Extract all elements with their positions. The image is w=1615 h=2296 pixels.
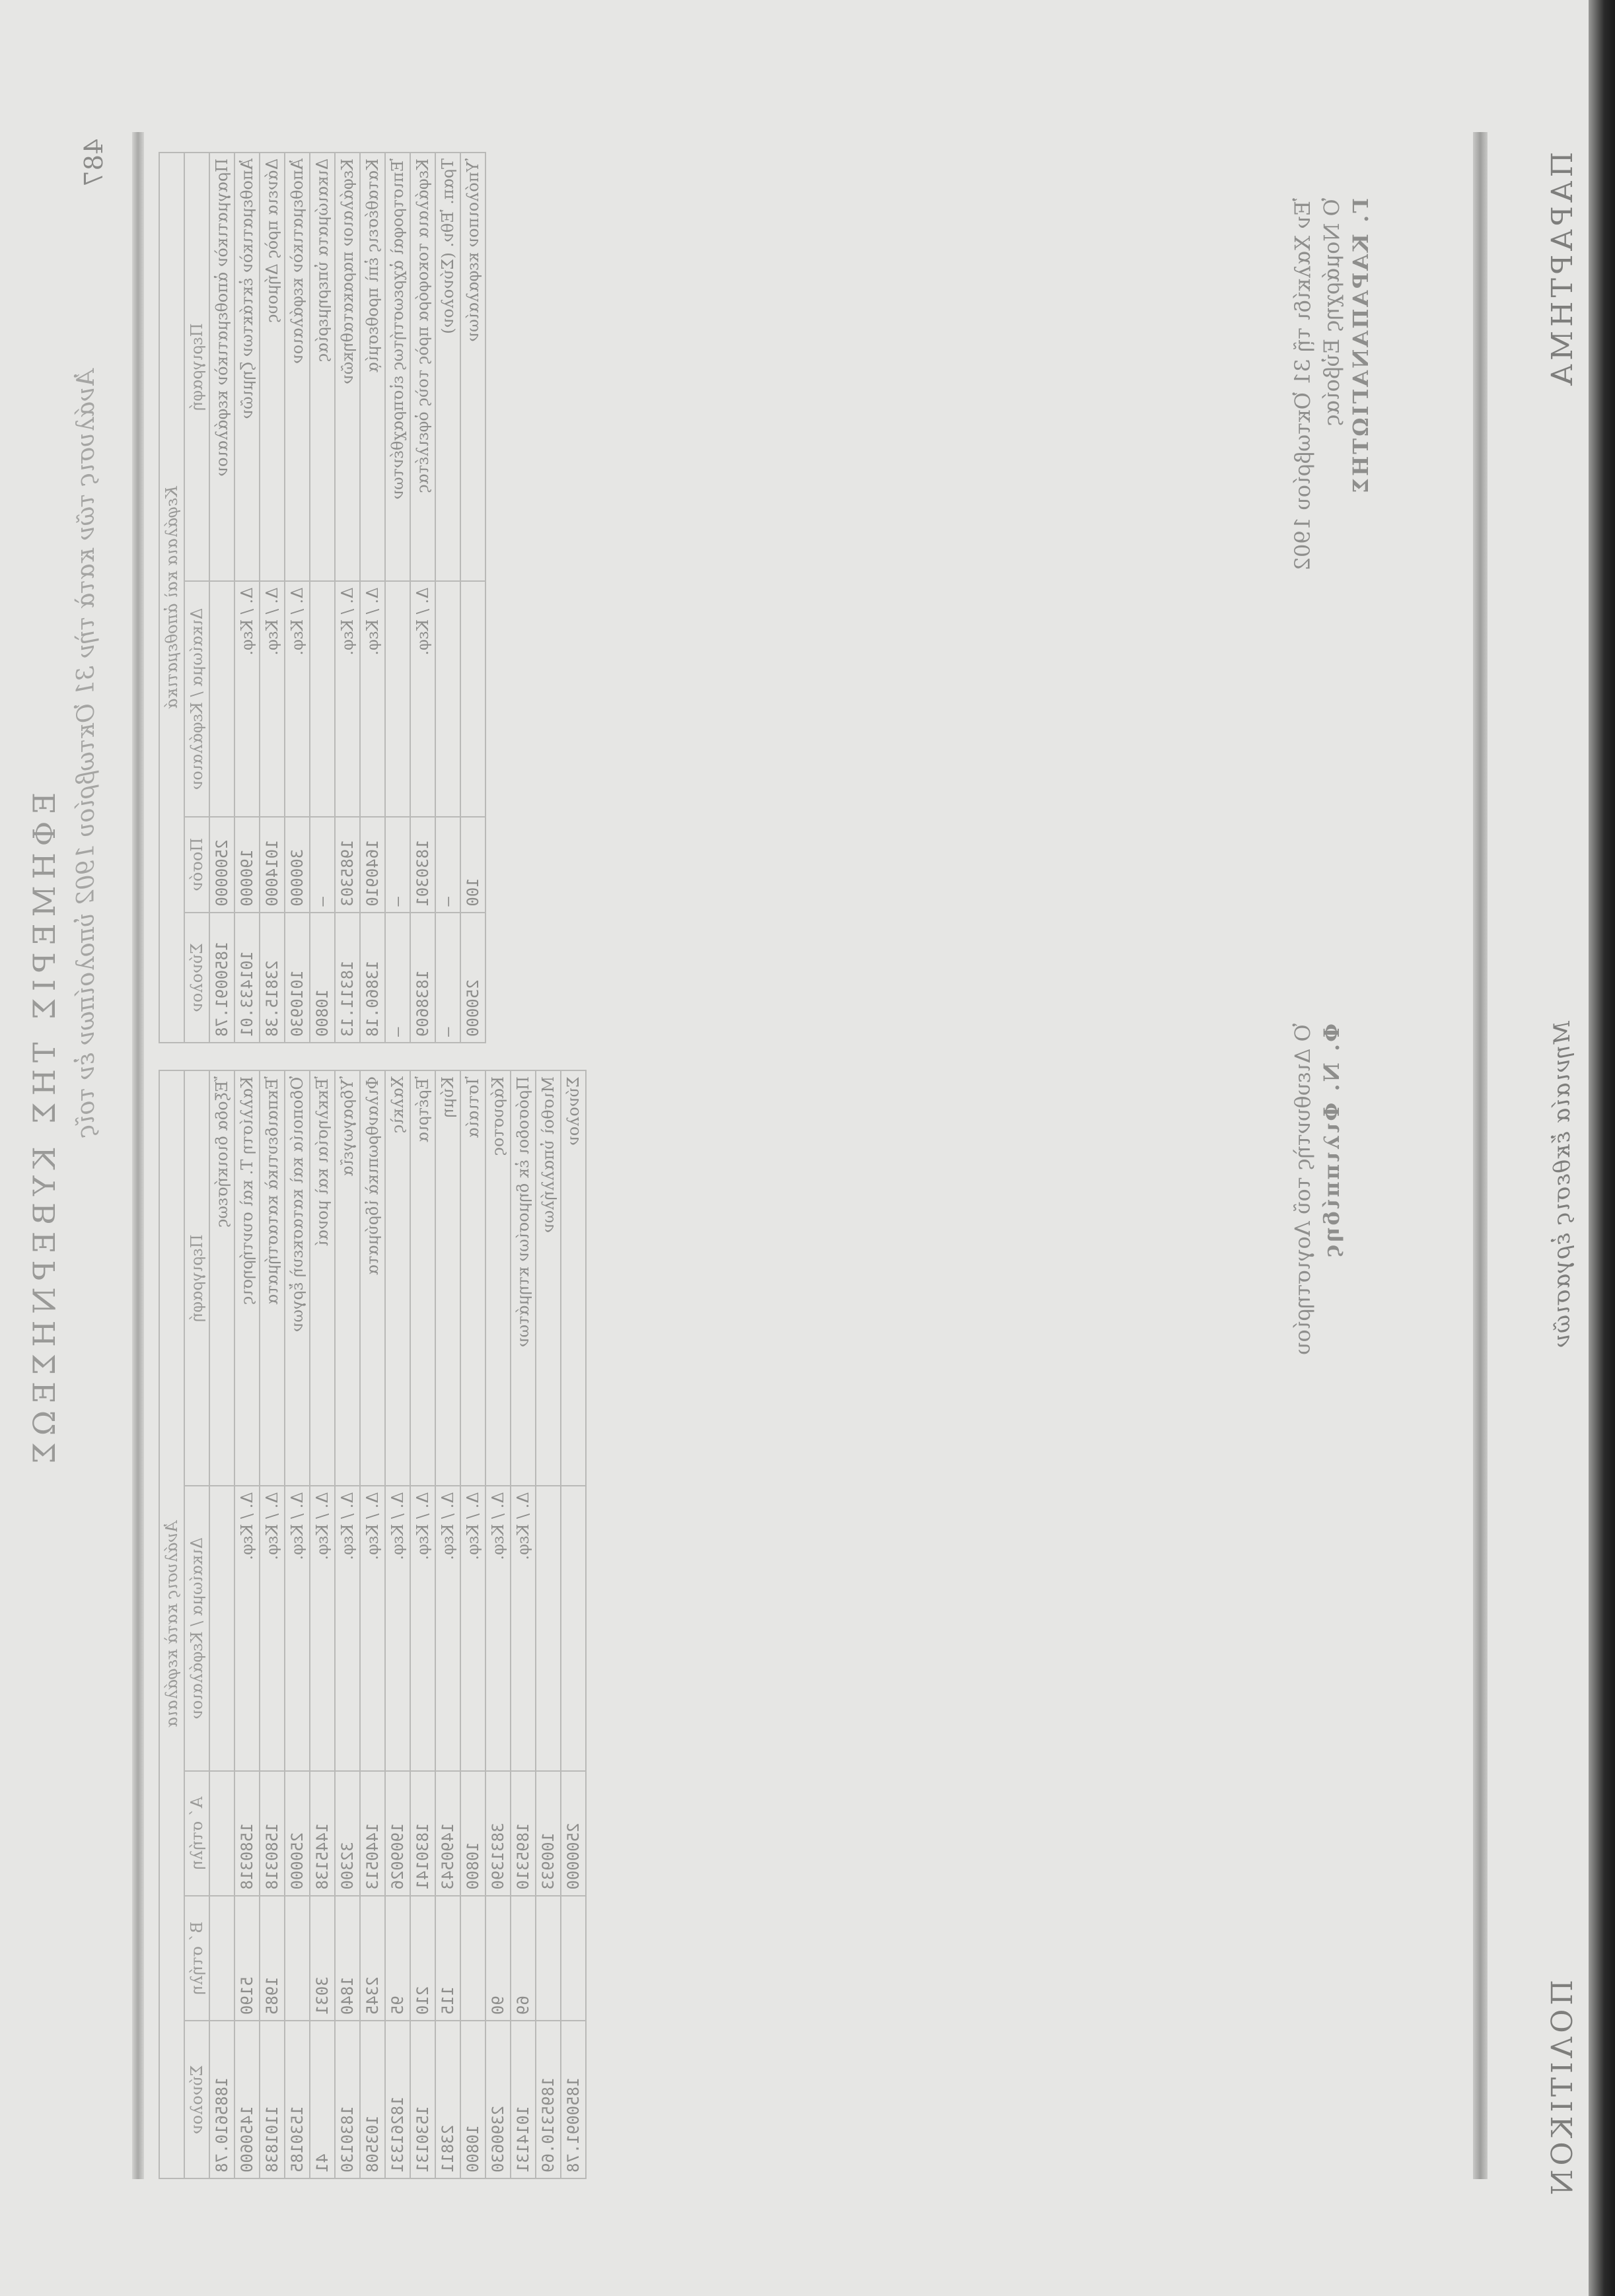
table-row: Ὁδοποιία καὶ κατασκευὴ ἔργωνΔ. / Κεφ.250… bbox=[285, 1070, 310, 2178]
row-kind: Δ. / Κεφ. bbox=[410, 581, 435, 816]
lower-ledger-table: Ἀνάλυσις κατὰ κεφάλαια Περιγραφή Δικαίωμ… bbox=[159, 1070, 587, 2179]
row-col-b: 2345 bbox=[360, 1896, 385, 2021]
top-rule bbox=[132, 132, 144, 2179]
row-total: 1101838 bbox=[260, 2021, 285, 2178]
row-label: Φιλανθρωπικὰ ἱδρύματα bbox=[360, 1070, 385, 1486]
table-row: Ἀποθεματικὸν ἐκτάκτων ζημιῶνΔ. / Κεφ.190… bbox=[234, 153, 260, 1043]
row-col-a: 1895310 bbox=[511, 1771, 536, 1896]
signature-block: Ἐν Χαλκίδι τῇ 31 Ὀκτωβρίου 1902 Ὁ Νομάρχ… bbox=[1288, 198, 1375, 792]
row-kind: Δ. / Κεφ. bbox=[360, 581, 385, 816]
place-date: Ἐν Χαλκίδι τῇ 31 Ὀκτωβρίου 1902 bbox=[1288, 198, 1317, 792]
row-label: Πρόσοδοι ἐκ δημοσίων κτημάτων bbox=[511, 1070, 536, 1486]
row-total: 23815.38 bbox=[260, 913, 285, 1043]
row-total: — bbox=[385, 913, 410, 1043]
row-total: 1895310.69 bbox=[536, 2021, 561, 2178]
row-kind: Δ. / Κεφ. bbox=[435, 1486, 460, 1770]
row-total: 10800 bbox=[460, 2021, 485, 2178]
row-label: Ἐκκλησίαι καὶ μοναί bbox=[310, 1070, 335, 1486]
row-kind bbox=[209, 581, 234, 816]
row-label: Ἐκπαιδευτικὰ καταστήματα bbox=[260, 1070, 285, 1486]
lower-col-header: Δικαίωμα / Κεφάλαιον bbox=[184, 1486, 209, 1770]
row-total: 250000 bbox=[460, 913, 485, 1043]
row-label: Ἔξοδα διοικήσεως bbox=[209, 1070, 234, 1486]
row-col-a: 32300 bbox=[335, 1771, 360, 1896]
table-row: ἘρέτριαΔ. / Κεφ.18301412101530131 bbox=[410, 1070, 435, 2178]
row-col-b bbox=[536, 1896, 561, 2021]
upper-col-header: Περιγραφή bbox=[184, 153, 209, 581]
row-total: 103508 bbox=[360, 2021, 385, 2178]
upper-col-header: Ποσόν bbox=[184, 817, 209, 913]
running-head-left: ΠΑΡΑΡΤΗΜΑ bbox=[1546, 152, 1579, 390]
row-label: Κεφάλαιον παρακαταθηκῶν bbox=[335, 153, 360, 581]
row-col-a: 10800 bbox=[460, 1771, 485, 1896]
table-row: Κεφάλαιον παρακαταθηκῶνΔ. / Κεφ.19853031… bbox=[335, 153, 360, 1043]
row-col-b: 1840 bbox=[335, 1896, 360, 2021]
row-label: Ἰστιαία bbox=[460, 1070, 485, 1486]
row-label: Μισθοὶ ὑπαλλήλων bbox=[536, 1070, 561, 1486]
prefect-title: Ὁ Νομάρχης Εὐβοίας bbox=[1317, 198, 1346, 792]
table-row: Καλλίστη Τ. καὶ συντήρησιςΔ. / Κεφ.15803… bbox=[234, 1070, 260, 2178]
row-col-b: 95 bbox=[385, 1896, 410, 2021]
row-col-a: 2500000 bbox=[561, 1771, 586, 1896]
row-total: — bbox=[435, 913, 460, 1043]
row-label: Ὑπόλοιπον κεφαλαίων bbox=[460, 153, 485, 581]
row-total: 1450600 bbox=[234, 2021, 260, 2178]
row-total: 10800 bbox=[310, 913, 335, 1043]
table-row: ἸστιαίαΔ. / Κεφ.1080010800 bbox=[460, 1070, 485, 2178]
row-label: Κάρυστος bbox=[485, 1070, 511, 1486]
row-total: 1530185 bbox=[285, 2021, 310, 2178]
row-amount: — bbox=[385, 817, 410, 913]
table-row: ὙδραγωγεῖαΔ. / Κεφ.3230018401830130 bbox=[335, 1070, 360, 2178]
row-col-a: 1909026 bbox=[385, 1771, 410, 1896]
lower-col-header: Σύνολον bbox=[184, 2021, 209, 2178]
row-kind bbox=[310, 581, 335, 816]
row-col-b: 69 bbox=[511, 1896, 536, 2021]
row-label: Κύμη bbox=[435, 1070, 460, 1486]
table-row: Ἔξοδα διοικήσεως1885610.78 bbox=[209, 1070, 234, 2178]
row-amount: 1014000 bbox=[260, 817, 285, 913]
row-col-b bbox=[460, 1896, 485, 2021]
row-amount: 100 bbox=[460, 817, 485, 913]
row-col-a: 1445138 bbox=[310, 1771, 335, 1896]
row-total: 1885610.78 bbox=[209, 2021, 234, 2178]
row-kind: Δ. / Κεφ. bbox=[234, 581, 260, 816]
row-total: 1838609 bbox=[410, 913, 435, 1043]
row-amount: 2500000 bbox=[209, 817, 234, 913]
row-label: Ὁδοποιία καὶ κατασκευὴ ἔργων bbox=[285, 1070, 310, 1486]
row-col-a: 3831390 bbox=[485, 1771, 511, 1896]
row-kind: Δ. / Κεφ. bbox=[335, 581, 360, 816]
row-total: 1530131 bbox=[410, 2021, 435, 2178]
row-col-a: 1440513 bbox=[360, 1771, 385, 1896]
row-total: 18261331 bbox=[385, 2021, 410, 2178]
row-total: 1010930 bbox=[285, 913, 310, 1043]
row-col-a: 100933 bbox=[536, 1771, 561, 1896]
table-row: Πραγματικὸν ἀποθεματικὸν κεφάλαιον250000… bbox=[209, 153, 234, 1043]
row-label: Χαλκὶς bbox=[385, 1070, 410, 1486]
table-row: Ἐκκλησίαι καὶ μοναίΔ. / Κεφ.144513830314… bbox=[310, 1070, 335, 2178]
prefect-name: Γ. ΚΑΡΑΠΑΝΑΓΙΩΤΗΣ bbox=[1346, 198, 1375, 792]
row-label: Ἀποθεματικὸν ἐκτάκτων ζημιῶν bbox=[234, 153, 260, 581]
row-col-b: 1985 bbox=[260, 1896, 285, 2021]
bottom-rule bbox=[1473, 132, 1488, 2179]
row-col-a: 250000 bbox=[285, 1771, 310, 1896]
row-amount: 1830301 bbox=[410, 817, 435, 913]
table-row: Καταθέσεις ἐπὶ προθεσμίᾳΔ. / Κεφ.1640910… bbox=[360, 153, 385, 1043]
row-kind bbox=[460, 581, 485, 816]
row-col-b: 90 bbox=[485, 1896, 511, 2021]
row-total: 13860.18 bbox=[360, 913, 385, 1043]
row-col-b bbox=[285, 1896, 310, 2021]
table-row: ΧαλκὶςΔ. / Κεφ.19090269518261331 bbox=[385, 1070, 410, 2178]
row-kind: Δ. / Κεφ. bbox=[260, 1486, 285, 1770]
row-amount: 1640910 bbox=[360, 817, 385, 913]
row-kind: Δ. / Κεφ. bbox=[360, 1486, 385, 1770]
running-head-right: ΠΟΛΙΤΙΚΟΝ bbox=[1546, 1980, 1579, 2199]
row-total: 23811 bbox=[435, 2021, 460, 2178]
row-kind: Δ. / Κεφ. bbox=[485, 1486, 511, 1770]
row-label: Ἐρέτρια bbox=[410, 1070, 435, 1486]
row-label: Καταθέσεις ἐπὶ προθεσμίᾳ bbox=[360, 153, 385, 581]
row-total: 41 bbox=[310, 2021, 335, 2178]
row-label: Κεφάλαια τοκοφόρα πρὸς τοὺς ὀφειλέτας bbox=[410, 153, 435, 581]
row-label: Δικαιώματα ὑπερημερίας bbox=[310, 153, 335, 581]
row-kind: Δ. / Κεφ. bbox=[410, 1486, 435, 1770]
accounting-director-title: Ὁ Διευθυντὴς τοῦ Λογιστηρίου bbox=[1288, 1024, 1317, 1618]
row-col-b: 3031 bbox=[310, 1896, 335, 2021]
table-row: Φιλανθρωπικὰ ἱδρύματαΔ. / Κεφ.1440513234… bbox=[360, 1070, 385, 2178]
table-row: Ἐκπαιδευτικὰ καταστήματαΔ. / Κεφ.1580318… bbox=[260, 1070, 285, 2178]
accounting-director-name: Φ. Ν. Φιλιππίδης bbox=[1317, 1024, 1346, 1618]
table-row: Ἀποθεματικὸν κεφάλαιονΔ. / Κεφ.300000101… bbox=[285, 153, 310, 1043]
row-label: Τραπ. Ἐθν. (Σύνολον) bbox=[435, 153, 460, 581]
row-amount: 300000 bbox=[285, 817, 310, 913]
row-label: Δάνεια πρὸς Δήμους bbox=[260, 153, 285, 581]
table-row: Ἐπιστροφαὶ ἀχρεωστήτως εἰσπραχθέντων—— bbox=[385, 153, 410, 1043]
row-col-b: 5190 bbox=[234, 1896, 260, 2021]
lower-table-title: Ἀνάλυσις κατὰ κεφάλαια bbox=[159, 1070, 184, 2178]
row-label: Ὑδραγωγεῖα bbox=[335, 1070, 360, 1486]
lower-col-header: Β΄ στήλη bbox=[184, 1896, 209, 2021]
row-kind: Δ. / Κεφ. bbox=[310, 1486, 335, 1770]
row-col-b: 115 bbox=[435, 1896, 460, 2021]
row-kind: Δ. / Κεφ. bbox=[385, 1486, 410, 1770]
rotated-gazette-page: 487 ΕΦΗΜΕΡΙΣ ΤΗΣ ΚΥΒΕΡΝΗΣΕΩΣ Ἀνάλυσις τῶ… bbox=[0, 0, 1615, 2296]
running-head: ΠΑΡΑΡΤΗΜΑ Μηνιαία ἔκθεσις ἐργασιῶν ΠΟΛΙΤ… bbox=[1539, 152, 1585, 2199]
table-row: Κεφάλαια τοκοφόρα πρὸς τοὺς ὀφειλέταςΔ. … bbox=[410, 153, 435, 1043]
row-label: Ἐπιστροφαὶ ἀχρεωστήτως εἰσπραχθέντων bbox=[385, 153, 410, 581]
table-row: Δάνεια πρὸς ΔήμουςΔ. / Κεφ.101400023815.… bbox=[260, 153, 285, 1043]
upper-ledger-table: Κεφάλαια καὶ ἀποθεματικά Περιγραφή Δικαί… bbox=[159, 152, 486, 1043]
row-kind: Δ. / Κεφ. bbox=[234, 1486, 260, 1770]
row-kind bbox=[435, 581, 460, 816]
gazette-title: ΕΦΗΜΕΡΙΣ ΤΗΣ ΚΥΒΕΡΝΗΣΕΩΣ bbox=[26, 792, 62, 1471]
row-kind bbox=[385, 581, 410, 816]
row-kind: Δ. / Κεφ. bbox=[285, 1486, 310, 1770]
table-row: Μισθοὶ ὑπαλλήλων1009331895310.69 bbox=[536, 1070, 561, 2178]
row-col-a: 1580318 bbox=[234, 1771, 260, 1896]
table-row: Τραπ. Ἐθν. (Σύνολον)—— bbox=[435, 153, 460, 1043]
row-total: 101433.01 bbox=[234, 913, 260, 1043]
running-head-center: Μηνιαία ἔκθεσις ἐργασιῶν bbox=[1549, 1021, 1575, 1348]
row-col-b: 210 bbox=[410, 1896, 435, 2021]
row-kind: Δ. / Κεφ. bbox=[335, 1486, 360, 1770]
lower-col-header: Α΄ στήλη bbox=[184, 1771, 209, 1896]
row-label: Σύνολον bbox=[561, 1070, 586, 1486]
upper-col-header: Σύνολον bbox=[184, 913, 209, 1043]
row-kind bbox=[561, 1486, 586, 1770]
table-row: ΚάρυστοςΔ. / Κεφ.3831390902390630 bbox=[485, 1070, 511, 2178]
gazette-subtitle: Ἀνάλυσις τῶν κατὰ τὴν 31 Ὀκτωβρίου 1902 … bbox=[73, 370, 100, 1138]
row-col-a bbox=[209, 1771, 234, 1896]
row-col-a: 1490543 bbox=[435, 1771, 460, 1896]
row-total: 2390630 bbox=[485, 2021, 511, 2178]
row-label: Ἀποθεματικὸν κεφάλαιον bbox=[285, 153, 310, 581]
lower-col-header: Περιγραφή bbox=[184, 1070, 209, 1486]
row-kind bbox=[209, 1486, 234, 1770]
table-row: Ὑπόλοιπον κεφαλαίων100250000 bbox=[460, 153, 485, 1043]
row-kind: Δ. / Κεφ. bbox=[285, 581, 310, 816]
upper-col-header: Δικαίωμα / Κεφάλαιον bbox=[184, 581, 209, 816]
row-label: Καλλίστη Τ. καὶ συντήρησις bbox=[234, 1070, 260, 1486]
row-kind: Δ. / Κεφ. bbox=[260, 581, 285, 816]
table-row: ΚύμηΔ. / Κεφ.149054311523811 bbox=[435, 1070, 460, 2178]
row-total: 1830130 bbox=[335, 2021, 360, 2178]
row-total: 1850091.78 bbox=[209, 913, 234, 1043]
row-total: 1850091.78 bbox=[561, 2021, 586, 2178]
table-row: Δικαιώματα ὑπερημερίας—10800 bbox=[310, 153, 335, 1043]
page-number: 487 bbox=[79, 139, 108, 187]
row-col-b bbox=[209, 1896, 234, 2021]
row-amount: 1985303 bbox=[335, 817, 360, 913]
row-kind: Δ. / Κεφ. bbox=[460, 1486, 485, 1770]
row-amount: — bbox=[310, 817, 335, 913]
row-kind bbox=[536, 1486, 561, 1770]
table-row: Σύνολον25000001850091.78 bbox=[561, 1070, 586, 2178]
row-total: 1014131 bbox=[511, 2021, 536, 2178]
row-amount: — bbox=[435, 817, 460, 913]
row-kind: Δ. / Κεφ. bbox=[511, 1486, 536, 1770]
row-col-a: 1830141 bbox=[410, 1771, 435, 1896]
row-label: Πραγματικὸν ἀποθεματικὸν κεφάλαιον bbox=[209, 153, 234, 581]
table-row: Πρόσοδοι ἐκ δημοσίων κτημάτωνΔ. / Κεφ.18… bbox=[511, 1070, 536, 2178]
row-total: 18311.13 bbox=[335, 913, 360, 1043]
row-col-a: 1580318 bbox=[260, 1771, 285, 1896]
upper-table-title: Κεφάλαια καὶ ἀποθεματικά bbox=[159, 153, 184, 1043]
scan-edge-shadow bbox=[1589, 0, 1615, 2296]
row-amount: 190000 bbox=[234, 817, 260, 913]
row-col-b bbox=[561, 1896, 586, 2021]
